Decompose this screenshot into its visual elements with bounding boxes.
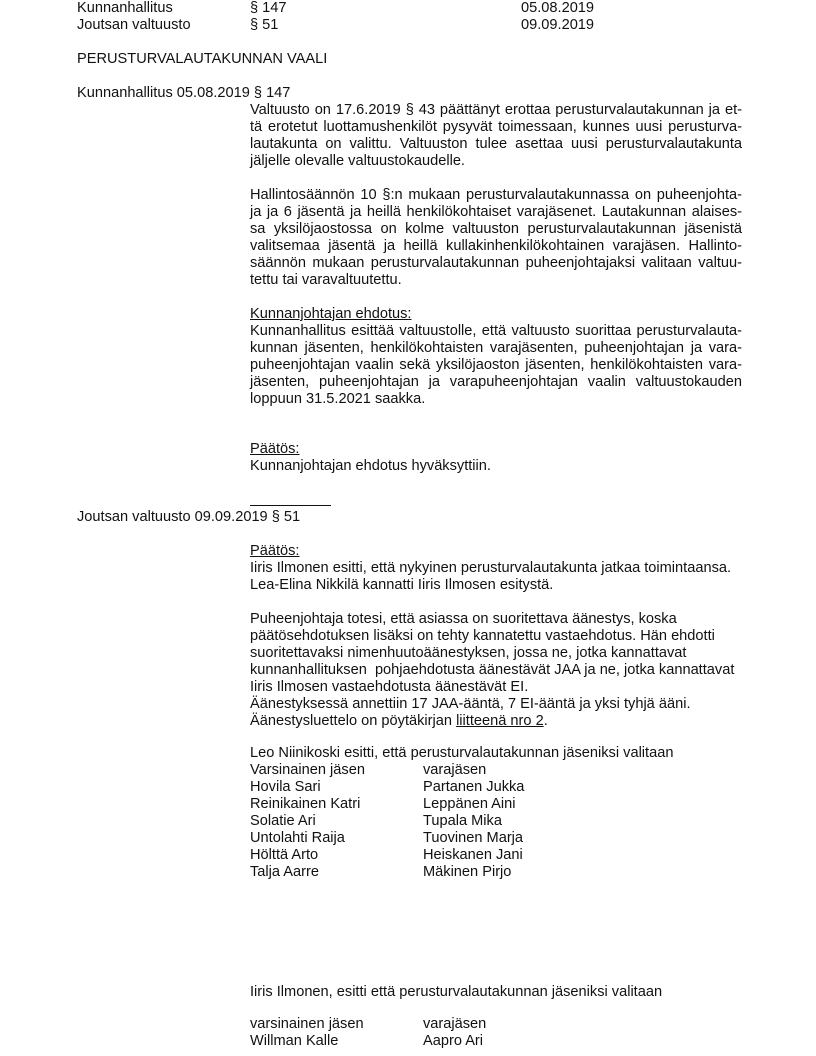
section-separator [250, 505, 331, 506]
valtuusto-paragraph-2: Puheenjohtaja totesi, että asiassa on su… [250, 611, 734, 730]
text-line: suoritettavaksi nimenhuutoäänestyksen, j… [250, 645, 734, 662]
valtuusto-decision-label: Päätös: [250, 543, 300, 560]
text-line: puheenjohtajan vaalin sekä yksilöjaoston… [250, 357, 742, 374]
deputy-name: Tuovinen Marja [423, 830, 523, 847]
text-line: jäsenten, puheenjohtajan ja varapuheenjo… [250, 374, 742, 391]
vote-list-line: Äänestysluettelo on pöytäkirjan liitteen… [250, 713, 734, 730]
text-line: Iiris Ilmonen esitti, että nykyinen peru… [250, 560, 731, 577]
text-line: loppuun 31.5.2021 saakka. [250, 391, 742, 408]
deputy-name: Mäkinen Pirjo [423, 864, 511, 881]
member-name: Untolahti Raija [250, 830, 345, 847]
text-line: säännön mukaan perusturvalautakunnan puh… [250, 255, 742, 272]
text-line: sa yksilöjaostossa on kolme valtuuston p… [250, 221, 742, 238]
column-header-member: varsinainen jäsen [250, 1016, 364, 1033]
header-section-2: § 51 [250, 17, 278, 34]
vote-list-prefix: Äänestysluettelo on pöytäkirjan [250, 713, 456, 729]
valtuusto-heading: Joutsan valtuusto 09.09.2019 § 51 [77, 509, 300, 526]
document-title: PERUSTURVALAUTAKUNNAN VAALI [77, 51, 327, 68]
text-line: ja ja 6 jäsentä ja heillä henkilökohtais… [250, 204, 742, 221]
text-line: Äänestyksessä annettiin 17 JAA-ääntä, 7 … [250, 696, 734, 713]
kh-paragraph-1: Valtuusto on 17.6.2019 § 43 päättänyt er… [250, 102, 742, 170]
kh-proposal: Kunnanhallitus esittää valtuustolle, ett… [250, 323, 742, 408]
member-name: Hölttä Arto [250, 847, 318, 864]
text-line: Hallintosäännön 10 §:n mukaan perusturva… [250, 187, 742, 204]
header-section-1: § 147 [250, 0, 287, 17]
text-line: Lea-Elina Nikkilä kannatti Iiris Ilmosen… [250, 577, 731, 594]
kh-decision-label: Päätös: [250, 441, 300, 458]
proposal1-intro: Leo Niinikoski esitti, että perusturvala… [250, 745, 673, 762]
valtuusto-paragraph-1: Iiris Ilmonen esitti, että nykyinen peru… [250, 560, 731, 594]
text-line: tettu tai varavaltuutettu. [250, 272, 742, 289]
text-line: kunnan jäsenten, henkilökohtaisten varaj… [250, 340, 742, 357]
member-name: Willman Kalle [250, 1033, 338, 1050]
column-header-deputy: varajäsen [423, 1016, 486, 1033]
deputy-name: Partanen Jukka [423, 779, 524, 796]
text-line: Iiris Ilmosen vastaehdotusta äänestävät … [250, 679, 734, 696]
deputy-name: Tupala Mika [423, 813, 502, 830]
member-name: Solatie Ari [250, 813, 316, 830]
attachment-link[interactable]: liitteenä nro 2 [456, 713, 544, 729]
deputy-name: Leppänen Aini [423, 796, 516, 813]
kh-paragraph-2: Hallintosäännön 10 §:n mukaan perusturva… [250, 187, 742, 289]
text-line: päätösehdotuksen lisäksi on tehty kannat… [250, 628, 734, 645]
kh-decision-text: Kunnanjohtajan ehdotus hyväksyttiin. [250, 458, 491, 475]
member-name: Hovila Sari [250, 779, 321, 796]
deputy-name: Aapro Ari [423, 1033, 483, 1050]
text-line: Valtuusto on 17.6.2019 § 43 päättänyt er… [250, 102, 742, 119]
deputy-name: Heiskanen Jani [423, 847, 523, 864]
header-date-2: 09.09.2019 [521, 17, 594, 34]
text-line: tä erotetut luottamushenkilöt pysyvät to… [250, 119, 742, 136]
proposal2-intro: Iiris Ilmonen, esitti että perusturvalau… [250, 984, 662, 1001]
text-line: Kunnanhallitus esittää valtuustolle, ett… [250, 323, 742, 340]
header-body-2: Joutsan valtuusto [77, 17, 191, 34]
text-line: Puheenjohtaja totesi, että asiassa on su… [250, 611, 734, 628]
member-name: Reinikainen Katri [250, 796, 360, 813]
column-header-member: Varsinainen jäsen [250, 762, 365, 779]
column-header-deputy: varajäsen [423, 762, 486, 779]
vote-list-suffix: . [544, 713, 548, 729]
header-date-1: 05.08.2019 [521, 0, 594, 17]
member-name: Talja Aarre [250, 864, 319, 881]
text-line: lautakunta on valittu. Valtuuston tulee … [250, 136, 742, 153]
proposal-label: Kunnanjohtajan ehdotus: [250, 306, 411, 323]
text-line: kunnanhallituksen pohjaehdotusta äänestä… [250, 662, 734, 679]
text-line: valitsemaa jäsentä ja heillä kullakinhen… [250, 238, 742, 255]
text-line: jäljelle olevalle valtuustokaudelle. [250, 153, 742, 170]
header-body-1: Kunnanhallitus [77, 0, 173, 17]
kh-heading: Kunnanhallitus 05.08.2019 § 147 [77, 85, 290, 102]
